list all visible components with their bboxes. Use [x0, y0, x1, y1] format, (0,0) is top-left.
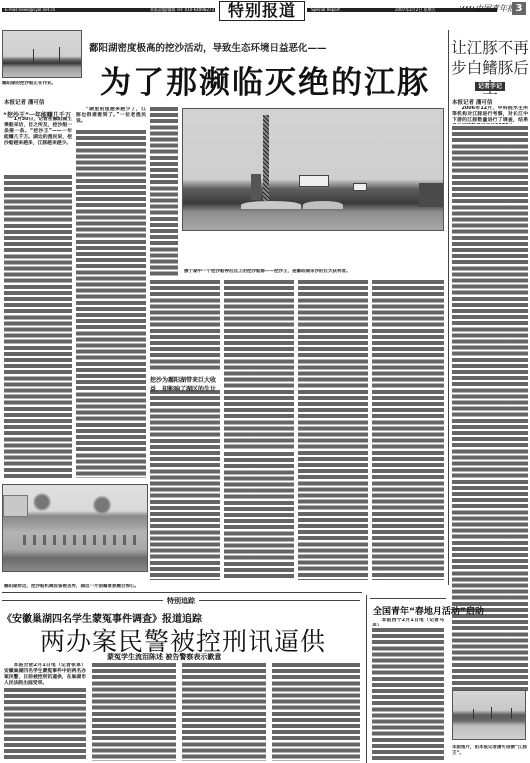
main-body-col1: [4, 175, 72, 478]
photo-top-left: [2, 30, 82, 78]
main-body-col2: [76, 130, 146, 478]
paper-logo: 中国青年报: [475, 3, 515, 14]
main-kicker: 鄱阳湖密度极高的挖沙活动，导致生态环境日益恶化——: [89, 40, 327, 54]
side-story-byline: 本报记者 潘可信: [452, 98, 492, 106]
follow-label: 特别追踪: [0, 596, 362, 606]
right-bottom-rule: [370, 598, 446, 599]
main-body-col6: [372, 280, 444, 580]
side-story-lead: 2006年12月，中科院水生所等机构对江豚进行考察，对长江中下游的江豚数量进行了…: [452, 106, 528, 124]
bottom-body-col4: [272, 663, 360, 761]
main-body-col3a: [150, 280, 220, 370]
bottom-lead-text: 本报合肥2月1日电（记者张卓）安徽巢湖四名学生蒙冤事件中的两名办案民警，日前被控…: [4, 663, 86, 685]
photo-bottom-wasteland: [2, 484, 148, 572]
right-bottom-body: [372, 628, 444, 761]
right-bottom-headline: 全国青年“春地月活动”启动: [373, 604, 484, 617]
bottom-subhead: 蒙冤学生流泪陈述 被告警察表示歉意: [107, 652, 221, 662]
main-body-col4: [224, 280, 294, 450]
column-divider-bottom: [366, 595, 367, 763]
masthead: E-mail:news@cyol.net.cn 本版责编/编辑 Tel: 010…: [0, 0, 530, 22]
photo-main-caption: 摄于湖中一个挖沙船停泊点上的挖沙船群——挖沙王，是鄱阳湖采沙的巨大获利者。: [184, 269, 446, 275]
bottom-body-col3: [182, 663, 266, 761]
photo-top-left-caption: 鄱阳湖的挖沙船正在作业。: [2, 81, 82, 87]
section-title-en: Special Report: [311, 7, 340, 12]
masthead-email: E-mail:news@cyol.net.cn: [5, 7, 55, 12]
main-body-col3b: [150, 390, 220, 580]
bottom-body-col1: [4, 688, 86, 761]
main-body-col4b: [224, 452, 294, 580]
photo-bottom-caption: 鄱阳湖岸边，挖沙船机械设备被丢弃，湖边一片狼藉景象触目惊心。: [4, 584, 148, 590]
main-body-col3-top: [150, 107, 178, 277]
side-story-tag: 记者手记: [475, 82, 505, 91]
main-quote: “湖里的鱼越来越少了，江豚也很难看到了。”一位老渔民说。: [76, 107, 146, 127]
main-body-col5: [298, 280, 368, 580]
bottom-section-rule: [2, 592, 362, 593]
photo-side-riverbank: [452, 690, 526, 740]
page-number: 3: [512, 2, 526, 15]
main-byline: 本报记者 潘可信: [4, 98, 44, 106]
main-headline: 为了那濒临灭绝的江豚: [100, 57, 430, 102]
bottom-body-col2: [92, 663, 176, 761]
right-bottom-source: 本报西宁2月1日电（记者马丹）: [372, 618, 444, 626]
photo-main-dredger: [182, 108, 444, 231]
issue-date: 2007年2月2日 星期五: [395, 7, 436, 12]
column-divider-right: [448, 30, 449, 585]
decorative-hatch: [460, 6, 474, 12]
main-lead-text: 1月30日，记者在鄱阳湖上乘船采访，目之所及，挖沙船一条接一条。“挖沙王”——一…: [4, 117, 72, 173]
side-photo-caption: 本版图片，由本报记者潘可信摄“江豚王”。: [452, 745, 528, 757]
masthead-editor: 本版责编/编辑 Tel: 010-64098273: [150, 7, 214, 12]
section-title: 特别报道: [219, 1, 305, 21]
